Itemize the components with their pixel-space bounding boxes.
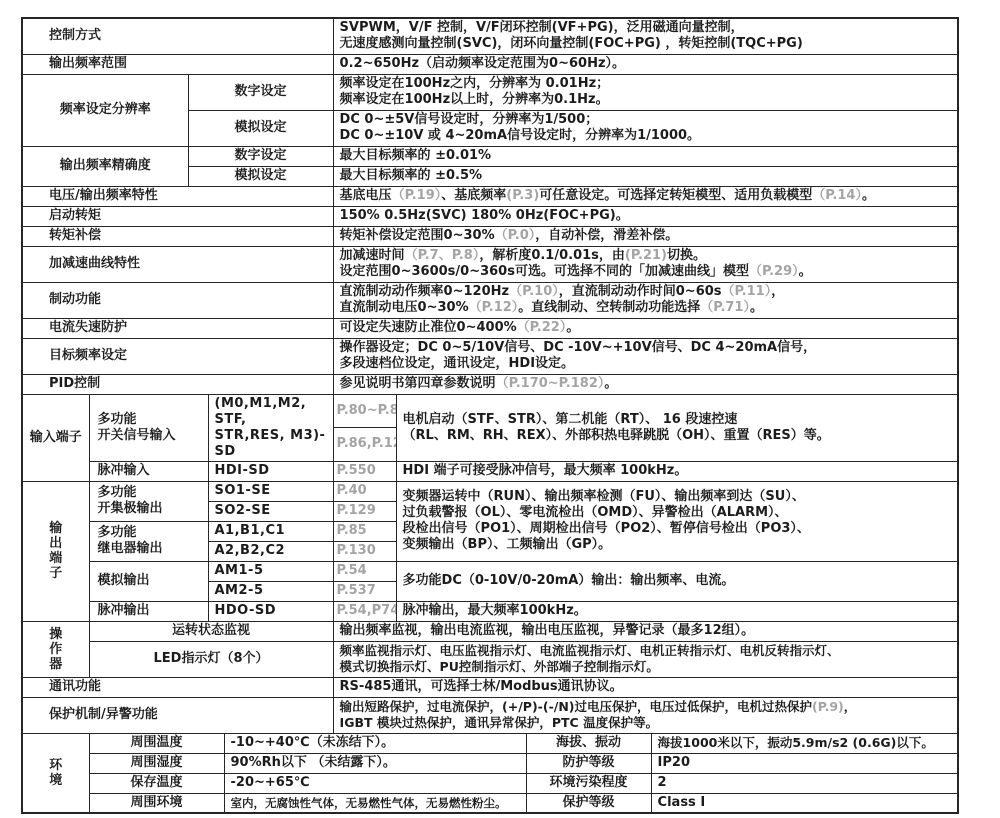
input-pulse-page-ref: P.550 bbox=[333, 461, 396, 481]
env-pollution-value: 2 bbox=[651, 773, 958, 793]
env-altitude-value: 海拔1000米以下，振动5.9m/s2 (0.6G)以下。 bbox=[651, 733, 958, 753]
page-ref-inline: （P.19） bbox=[392, 188, 442, 203]
row-env-ambient: 周围环境 室内，无腐蚀性气体，无易燃性气体，无易燃性粉尘。 保护等级 Class… bbox=[22, 793, 958, 813]
row-freq-accuracy-digital: 输出频率精确度 数字设定 最大目标频率的 ±0.01% bbox=[22, 146, 958, 166]
pid-label: PID控制 bbox=[22, 374, 333, 394]
output-analog-label: 模拟输出 bbox=[89, 561, 208, 601]
env-temperature-label: 周围温度 bbox=[89, 733, 224, 753]
text-segment: 基底电压 bbox=[340, 188, 392, 203]
protection-label: 保护机制/异警功能 bbox=[22, 697, 333, 733]
target-freq-value: 操作器设定；DC 0~5/10V信号、DC -10V~+10V信号、DC 4~2… bbox=[333, 338, 958, 374]
env-humidity-value: 90%Rh以下 （未结露下）。 bbox=[224, 753, 526, 773]
row-freq-resolution-digital: 频率设定分辨率 数字设定 频率设定在100Hz之内，分辨率为 0.01Hz； 频… bbox=[22, 74, 958, 110]
operator-run-monitor-label: 运转状态监视 bbox=[89, 621, 333, 641]
input-multi-page-ref-2: P.86,P.126 bbox=[333, 428, 396, 462]
text-segment: 。 bbox=[604, 376, 617, 391]
row-env-temperature: 环 境 周围温度 -10~+40℃（未冻结下）。 海拔、振动 海拔1000米以下… bbox=[22, 733, 958, 753]
brake-value: 直流制动动作频率0~120Hz（P.10），直流制动动作时间0~60s（P.11… bbox=[333, 282, 958, 318]
start-torque-value: 150% 0.5Hz(SVC) 180% 0Hz(FOC+PG)。 bbox=[333, 206, 958, 226]
page-ref-inline: （P.12） bbox=[469, 300, 519, 315]
torque-compensation-label: 转矩补偿 bbox=[22, 226, 333, 246]
row-env-storage: 保存温度 -20~+65℃ 环境污染程度 2 bbox=[22, 773, 958, 793]
output-pulse-value: 脉冲输出，最大频率100kHz。 bbox=[396, 601, 958, 621]
row-operator-led: LED指示灯（8个） 频率监视指示灯、电压监视指示灯、电流监视指示灯、电机正转指… bbox=[22, 641, 958, 677]
output-oc-terminal-2: SO2-SE bbox=[208, 501, 333, 521]
env-ip-rating-value: IP20 bbox=[651, 753, 958, 773]
output-analog-value: 多功能DC（0-10V/0-20mA）输出：输出频率、电流。 bbox=[396, 561, 958, 601]
row-torque-compensation: 转矩补偿 转矩补偿设定范围0~30%（P.0），自动补偿，滑差补偿。 bbox=[22, 226, 958, 246]
output-analog-page-ref-2: P.537 bbox=[333, 581, 396, 601]
env-class-label: 保护等级 bbox=[526, 793, 651, 813]
input-pulse-terminal: HDI-SD bbox=[208, 461, 333, 481]
text-segment: 。 bbox=[799, 264, 812, 279]
page-ref-inline: （P.22） bbox=[517, 320, 567, 335]
control-method-label: 控制方式 bbox=[22, 18, 333, 54]
output-relay-label: 多功能 继电器输出 bbox=[89, 521, 208, 561]
env-storage-value: -20~+65℃ bbox=[224, 773, 526, 793]
output-analog-terminal-1: AM1-5 bbox=[208, 561, 333, 581]
page-ref-inline: （P.11） bbox=[722, 284, 772, 299]
page-ref-inline: （P.10） bbox=[509, 284, 559, 299]
freq-resolution-digital-label: 数字设定 bbox=[188, 74, 333, 110]
text-segment: 参见说明书第四章参数说明 bbox=[340, 376, 496, 391]
input-pulse-value: HDI 端子可接受脉冲信号，最大频率 100kHz。 bbox=[396, 461, 958, 481]
env-ambient-value: 室内，无腐蚀性气体，无易燃性气体，无易燃性粉尘。 bbox=[224, 793, 526, 813]
output-freq-range-label: 输出频率范围 bbox=[22, 54, 333, 74]
output-pulse-label: 脉冲输出 bbox=[89, 601, 208, 621]
row-input-pulse: 脉冲输入 HDI-SD P.550 HDI 端子可接受脉冲信号，最大频率 100… bbox=[22, 461, 958, 481]
text-segment: 。 bbox=[862, 188, 875, 203]
freq-resolution-digital-value: 频率设定在100Hz之内，分辨率为 0.01Hz； 频率设定在100Hz以上时，… bbox=[333, 74, 958, 110]
freq-accuracy-analog-value: 最大目标频率的 ±0.5% bbox=[333, 166, 958, 186]
pid-value: 参见说明书第四章参数说明（P.170~P.182）。 bbox=[333, 374, 958, 394]
output-oc-relay-value: 变频器运转中（RUN）、输出频率检测（FU）、输出频率到达（SU）、 过负载警报… bbox=[396, 481, 958, 561]
text-segment: 。 bbox=[750, 300, 763, 315]
page-ref-inline: (P.21) bbox=[625, 248, 667, 263]
protection-value: 输出短路保护，过电流保护，(+/P)-(-/N)过电压保护，电压过低保护，电机过… bbox=[333, 697, 958, 733]
vf-characteristic-label: 电压/输出频率特性 bbox=[22, 186, 333, 206]
page-ref-inline: (P.9) bbox=[812, 699, 844, 714]
text-segment: 可任意设定。可选择定转矩模型、适用负载模型 bbox=[539, 188, 812, 203]
output-relay-page-ref-1: P.85 bbox=[333, 521, 396, 541]
page: 控制方式 SVPWM，V/F 控制，V/F闭环控制(VF+PG)，泛用磁通向量控… bbox=[0, 0, 1000, 814]
output-oc-page-ref-2: P.129 bbox=[333, 501, 396, 521]
text-segment: 、基底频率 bbox=[441, 188, 506, 203]
row-output-pulse: 脉冲输出 HDO-SD P.54,P74 脉冲输出，最大频率100kHz。 bbox=[22, 601, 958, 621]
input-multi-value: 电机启动（STF、STR）、第二机能（RT）、 16 段速控速 （RL、RM、R… bbox=[396, 394, 958, 461]
start-torque-label: 启动转矩 bbox=[22, 206, 333, 226]
row-vf-characteristic: 电压/输出频率特性 基底电压（P.19）、基底频率(P.3)可任意设定。可选择定… bbox=[22, 186, 958, 206]
env-ambient-label: 周围环境 bbox=[89, 793, 224, 813]
row-pid: PID控制 参见说明书第四章参数说明（P.170~P.182）。 bbox=[22, 374, 958, 394]
row-stall-prevention: 电流失速防护 可设定失速防止准位0~400%（P.22）。 bbox=[22, 318, 958, 338]
text-segment: 输出短路保护，过电流保护，(+/P)-(-/N)过电压保护，电压过低保护，电机过… bbox=[340, 699, 812, 714]
output-relay-terminal-1: A1,B1,C1 bbox=[208, 521, 333, 541]
output-analog-terminal-2: AM2-5 bbox=[208, 581, 333, 601]
control-method-value: SVPWM，V/F 控制，V/F闭环控制(VF+PG)，泛用磁通向量控制， 无速… bbox=[333, 18, 958, 54]
input-terminal-group-label: 输入端子 bbox=[22, 394, 89, 481]
freq-accuracy-digital-value: 最大目标频率的 ±0.01% bbox=[333, 146, 958, 166]
env-altitude-label: 海拔、振动 bbox=[526, 733, 651, 753]
env-class-value: Class I bbox=[651, 793, 958, 813]
output-oc-page-ref-1: P.40 bbox=[333, 481, 396, 501]
page-ref-inline: （P.29） bbox=[749, 264, 799, 279]
row-accel-decel: 加减速曲线特性 加减速时间（P.7、P.8），解析度0.1/0.01s，由(P.… bbox=[22, 246, 958, 282]
text-segment: ，直流制动动作时间0~60s bbox=[559, 284, 722, 299]
output-relay-terminal-2: A2,B2,C2 bbox=[208, 541, 333, 561]
page-ref-inline: （P.14） bbox=[812, 188, 862, 203]
brake-label: 制动功能 bbox=[22, 282, 333, 318]
freq-accuracy-analog-label: 模拟设定 bbox=[188, 166, 333, 186]
accel-decel-value: 加减速时间（P.7、P.8），解析度0.1/0.01s，由(P.21)切换。 设… bbox=[333, 246, 958, 282]
communication-label: 通讯功能 bbox=[22, 677, 333, 697]
freq-resolution-label: 频率设定分辨率 bbox=[22, 74, 188, 146]
row-start-torque: 启动转矩 150% 0.5Hz(SVC) 180% 0Hz(FOC+PG)。 bbox=[22, 206, 958, 226]
env-storage-label: 保存温度 bbox=[89, 773, 224, 793]
row-input-multi-1: 输入端子 多功能 开关信号输入 (M0,M1,M2, STF, STR,RES,… bbox=[22, 394, 958, 428]
operator-group-label: 操 作 器 bbox=[22, 621, 89, 677]
vf-characteristic-value: 基底电压（P.19）、基底频率(P.3)可任意设定。可选择定转矩模型、适用负载模… bbox=[333, 186, 958, 206]
page-ref-inline: （P.0） bbox=[495, 228, 536, 243]
text-segment: ，自动补偿，滑差补偿。 bbox=[535, 228, 678, 243]
env-ip-rating-label: 防护等级 bbox=[526, 753, 651, 773]
row-protection: 保护机制/异警功能 输出短路保护，过电流保护，(+/P)-(-/N)过电压保护，… bbox=[22, 697, 958, 733]
env-humidity-label: 周围湿度 bbox=[89, 753, 224, 773]
operator-led-value: 频率监视指示灯、电压监视指示灯、电流监视指示灯、电机正转指示灯、电机反转指示灯、… bbox=[333, 641, 958, 677]
output-pulse-terminal: HDO-SD bbox=[208, 601, 333, 621]
page-ref-inline: （P.7、P.8） bbox=[405, 248, 480, 263]
env-temperature-value: -10~+40℃（未冻结下）。 bbox=[224, 733, 526, 753]
row-env-humidity: 周围湿度 90%Rh以下 （未结露下）。 防护等级 IP20 bbox=[22, 753, 958, 773]
row-control-method: 控制方式 SVPWM，V/F 控制，V/F闭环控制(VF+PG)，泛用磁通向量控… bbox=[22, 18, 958, 54]
text-segment: 转矩补偿设定范围0~30% bbox=[340, 228, 495, 243]
page-ref-inline: （P.170~P.182） bbox=[496, 376, 605, 391]
text-segment: 。 bbox=[566, 320, 579, 335]
stall-prevention-value: 可设定失速防止准位0~400%（P.22）。 bbox=[333, 318, 958, 338]
target-freq-label: 目标频率设定 bbox=[22, 338, 333, 374]
output-oc-label: 多功能 开集极输出 bbox=[89, 481, 208, 521]
input-multi-page-ref-1: P.80~P.84 bbox=[333, 394, 396, 428]
operator-led-label: LED指示灯（8个） bbox=[89, 641, 333, 677]
row-output-oc-1: 输 出 端 子 多功能 开集极输出 SO1-SE P.40 变频器运转中（RUN… bbox=[22, 481, 958, 501]
operator-run-monitor-value: 输出频率监视，输出电流监视，输出电压监视，异警记录（最多12组）。 bbox=[333, 621, 958, 641]
row-brake: 制动功能 直流制动动作频率0~120Hz（P.10），直流制动动作时间0~60s… bbox=[22, 282, 958, 318]
env-pollution-label: 环境污染程度 bbox=[526, 773, 651, 793]
row-output-analog-1: 模拟输出 AM1-5 P.54 多功能DC（0-10V/0-20mA）输出：输出… bbox=[22, 561, 958, 581]
spec-table: 控制方式 SVPWM，V/F 控制，V/F闭环控制(VF+PG)，泛用磁通向量控… bbox=[21, 17, 959, 814]
environment-group-label: 环 境 bbox=[22, 733, 89, 813]
input-multi-function-label: 多功能 开关信号输入 bbox=[89, 394, 208, 461]
page-ref-inline: (P.3) bbox=[506, 188, 539, 203]
input-pulse-label: 脉冲输入 bbox=[89, 461, 208, 481]
row-communication: 通讯功能 RS-485通讯，可选择士林/Modbus通讯协议。 bbox=[22, 677, 958, 697]
output-analog-page-ref-1: P.54 bbox=[333, 561, 396, 581]
row-output-freq-range: 输出频率范围 0.2~650Hz（启动频率设定范围为0~60Hz）。 bbox=[22, 54, 958, 74]
freq-resolution-analog-value: DC 0~±5V信号设定时，分辨率为1/500； DC 0~±10V 或 4~2… bbox=[333, 110, 958, 146]
accel-decel-label: 加减速曲线特性 bbox=[22, 246, 333, 282]
row-operator-run-monitor: 操 作 器 运转状态监视 输出频率监视，输出电流监视，输出电压监视，异警记录（最… bbox=[22, 621, 958, 641]
text-segment: ，解析度0.1/0.01s，由 bbox=[479, 248, 625, 263]
freq-accuracy-digital-label: 数字设定 bbox=[188, 146, 333, 166]
text-segment: 加减速时间 bbox=[340, 248, 405, 263]
output-oc-terminal-1: SO1-SE bbox=[208, 481, 333, 501]
torque-compensation-value: 转矩补偿设定范围0~30%（P.0），自动补偿，滑差补偿。 bbox=[333, 226, 958, 246]
freq-resolution-analog-label: 模拟设定 bbox=[188, 110, 333, 146]
text-segment: 直流制动动作频率0~120Hz bbox=[340, 284, 510, 299]
output-relay-page-ref-2: P.130 bbox=[333, 541, 396, 561]
output-pulse-page-ref: P.54,P74 bbox=[333, 601, 396, 621]
output-freq-range-value: 0.2~650Hz（启动频率设定范围为0~60Hz）。 bbox=[333, 54, 958, 74]
input-multi-terminals: (M0,M1,M2, STF, STR,RES, M3)-SD bbox=[208, 394, 333, 461]
text-segment: 。直线制动、空转制动功能选择 bbox=[518, 300, 700, 315]
communication-value: RS-485通讯，可选择士林/Modbus通讯协议。 bbox=[333, 677, 958, 697]
freq-accuracy-label: 输出频率精确度 bbox=[22, 146, 188, 186]
text-segment: 可设定失速防止准位0~400% bbox=[340, 320, 517, 335]
row-target-freq: 目标频率设定 操作器设定；DC 0~5/10V信号、DC -10V~+10V信号… bbox=[22, 338, 958, 374]
stall-prevention-label: 电流失速防护 bbox=[22, 318, 333, 338]
page-ref-inline: （P.71） bbox=[700, 300, 750, 315]
output-terminal-group-label: 输 出 端 子 bbox=[22, 481, 89, 621]
